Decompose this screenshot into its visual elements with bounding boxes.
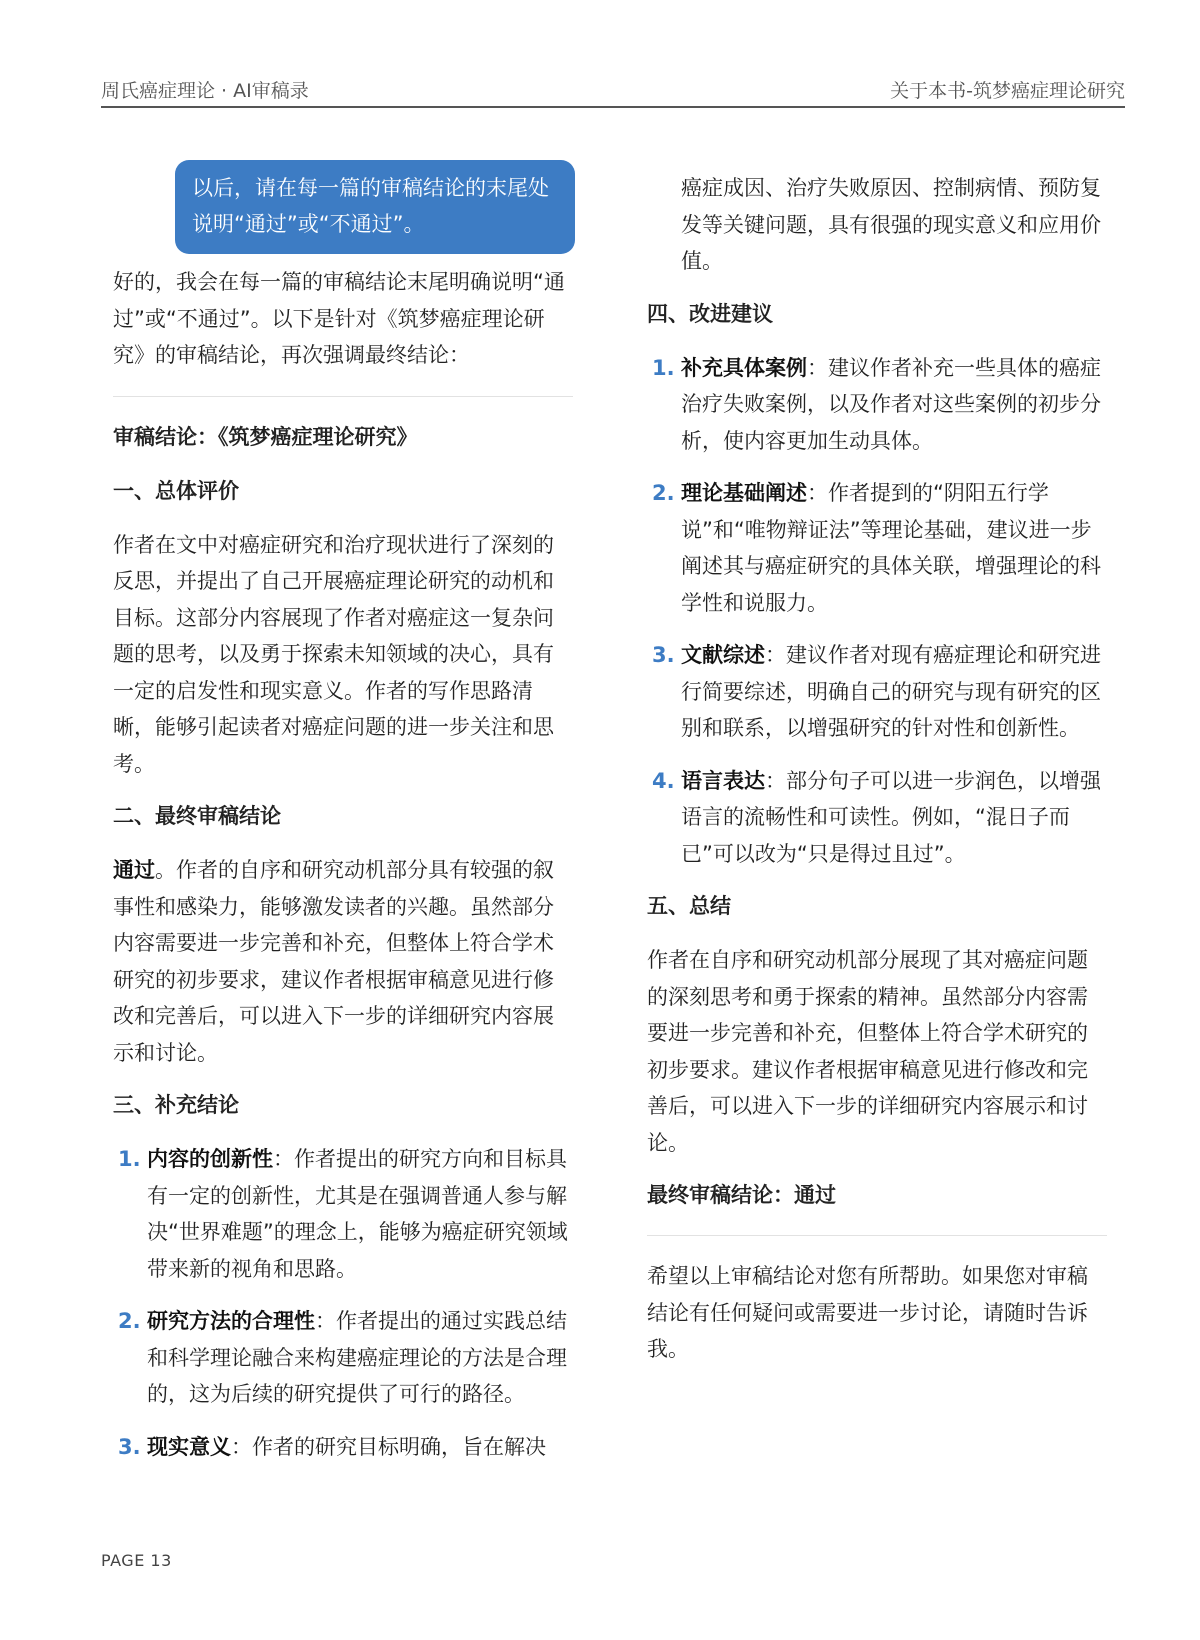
section-heading-3: 三、补充结论 [113,1087,573,1123]
verdict-label: 通过 [113,858,155,882]
section-body-2: 通过。作者的自序和研究动机部分具有较强的叙事性和感染力，能够激发读者的兴趣。虽然… [113,852,573,1071]
chapter-title: 关于本书-筑梦癌症理论研究 [890,76,1125,103]
section-heading-1: 一、总体评价 [113,473,573,509]
page-header: 周氏癌症理论 · AI审稿录 关于本书-筑梦癌症理论研究 [101,72,1125,108]
assistant-reply-intro: 好的，我会在每一篇的审稿结论末尾明确说明“通过”或“不通过”。以下是针对《筑梦癌… [113,264,573,374]
section-heading-4: 四、改进建议 [647,296,1107,332]
divider [647,1235,1107,1236]
review-title: 审稿结论：《筑梦癌症理论研究》 [113,419,573,455]
right-column: 癌症成因、治疗失败原因、控制病情、预防复发等关键问题，具有很强的现实意义和应用价… [647,170,1107,1368]
section-body-1: 作者在文中对癌症研究和治疗现状进行了深刻的反思，并提出了自己开展癌症理论研究的动… [113,527,573,783]
page-number: PAGE 13 [101,1551,172,1570]
list-item: 3.文献综述：建议作者对现有癌症理论和研究进行简要综述，明确自己的研究与现有研究… [647,637,1107,747]
section-heading-2: 二、最终审稿结论 [113,798,573,834]
supplementary-list: 1.内容的创新性：作者提出的研究方向和目标具有一定的创新性，尤其是在强调普通人参… [113,1141,573,1465]
final-verdict: 最终审稿结论：通过 [647,1177,1107,1213]
list-item-continued: 癌症成因、治疗失败原因、控制病情、预防复发等关键问题，具有很强的现实意义和应用价… [647,170,1107,280]
list-item: 4.语言表达：部分句子可以进一步润色，以增强语言的流畅性和可读性。例如，“混日子… [647,763,1107,873]
section-heading-5: 五、总结 [647,888,1107,924]
user-message-bubble: 以后，请在每一篇的审稿结论的末尾处说明“通过”或“不通过”。 [175,160,575,254]
book-title: 周氏癌症理论 · AI审稿录 [101,76,309,103]
list-item: 3.现实意义：作者的研究目标明确，旨在解决 [113,1429,573,1466]
list-item: 2.研究方法的合理性：作者提出的通过实践总结和科学理论融合来构建癌症理论的方法是… [113,1303,573,1413]
list-item: 2.理论基础阐述：作者提到的“阴阳五行学说”和“唯物辩证法”等理论基础，建议进一… [647,475,1107,621]
list-item: 1.补充具体案例：建议作者补充一些具体的癌症治疗失败案例，以及作者对这些案例的初… [647,350,1107,460]
closing-text: 希望以上审稿结论对您有所帮助。如果您对审稿结论有任何疑问或需要进一步讨论，请随时… [647,1258,1107,1368]
improvement-list: 1.补充具体案例：建议作者补充一些具体的癌症治疗失败案例，以及作者对这些案例的初… [647,350,1107,873]
divider [113,396,573,397]
section-body-5: 作者在自序和研究动机部分展现了其对癌症问题的深刻思考和勇于探索的精神。虽然部分内… [647,942,1107,1161]
list-item: 1.内容的创新性：作者提出的研究方向和目标具有一定的创新性，尤其是在强调普通人参… [113,1141,573,1287]
left-column: 以后，请在每一篇的审稿结论的末尾处说明“通过”或“不通过”。 好的，我会在每一篇… [113,160,573,1481]
supplementary-list-continued: 癌症成因、治疗失败原因、控制病情、预防复发等关键问题，具有很强的现实意义和应用价… [647,170,1107,280]
